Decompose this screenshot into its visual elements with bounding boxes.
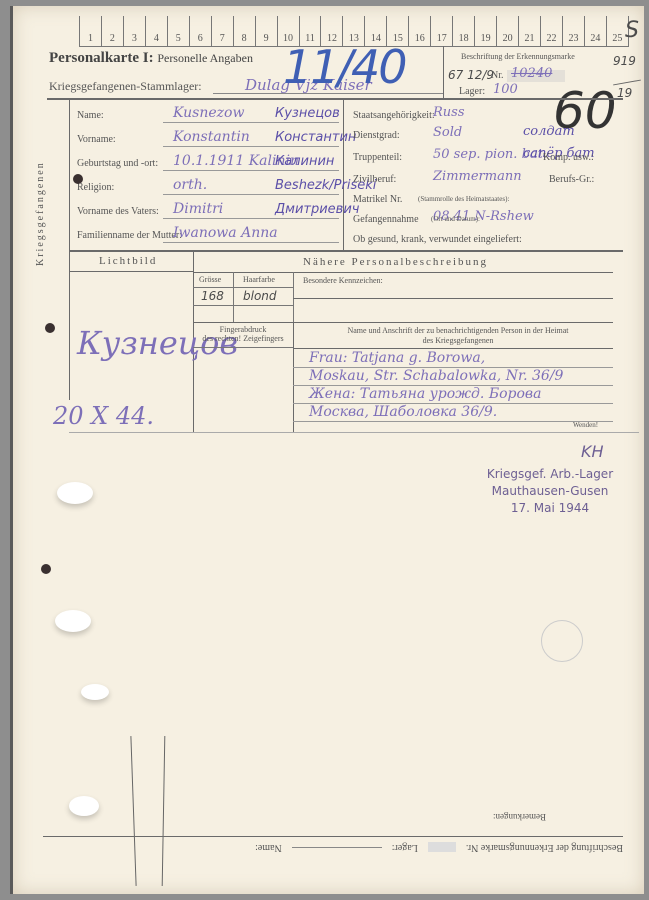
field-label: Geburtstag und -ort:	[77, 158, 158, 169]
field-label: Familienname der Mutter:	[77, 230, 182, 241]
wenden-note: Wenden!	[573, 421, 598, 429]
fingerprint-box: Fingerabdruck des rechten! Zeigefingers	[193, 322, 294, 348]
field-value-cyrillic: Калинин	[275, 154, 334, 169]
big-number: 11/40	[283, 40, 406, 94]
matrikel-sub: (Stammrolle des Heimatstaates):	[418, 195, 509, 203]
mid-divider	[343, 100, 344, 250]
field-value: orth.	[173, 177, 207, 193]
footer-row: Beschriftung der Erkennungsmarke Nr. Lag…	[153, 842, 623, 853]
nr-prefix: 67 12/9	[448, 68, 494, 82]
ruler-cell: 16	[409, 16, 431, 46]
field-value: Russ	[433, 105, 465, 120]
field-value: Kusnezow	[173, 105, 244, 121]
finger-label-2: des rechten! Zeigefingers	[193, 334, 293, 343]
field-value-cyrillic: Дмитриевич	[275, 202, 359, 217]
ruler-cell: 23	[563, 16, 585, 46]
camp-stamp: Kriegsgef. Arb.-Lager Mauthausen-Gusen 1…	[475, 466, 625, 517]
field-label: Gefangennahme	[353, 214, 419, 225]
photo-rule	[69, 271, 193, 272]
punch-hole	[73, 174, 83, 184]
description-header: Nähere Personalbeschreibung	[303, 256, 488, 268]
finger-label-1: Fingerabdruck	[193, 325, 293, 334]
ruler-cell: 18	[453, 16, 475, 46]
field-label: Dienstgrad:	[353, 130, 400, 141]
haarfarbe-label: Haarfarbe	[243, 275, 275, 284]
field-label: Name:	[77, 110, 104, 121]
kennzeichen-label: Besondere Kennzeichen:	[303, 276, 383, 285]
ruler-cell: 2	[102, 16, 124, 46]
stamp-line-3: 17. Mai 1944	[475, 500, 625, 517]
punch-hole	[41, 564, 51, 574]
ruler-cell: 20	[497, 16, 519, 46]
divider	[443, 46, 444, 98]
lager-value: 100	[493, 82, 518, 97]
stamp-line-2: Mauthausen-Gusen	[475, 483, 625, 500]
field-label: Matrikel Nr.	[353, 194, 402, 205]
personnel-card: 1234567891011121314151617181920212223242…	[10, 6, 644, 894]
date-note: 20 X 44.	[53, 402, 154, 430]
stamp-line-1: Kriegsgef. Arb.-Lager	[475, 466, 625, 483]
contact-line: Frau: Tatjana g. Borowa,	[309, 350, 485, 366]
field-value-cyrillic: Константин	[275, 130, 356, 145]
field-label: Staatsangehörigkeit:	[353, 110, 435, 121]
field-label: Truppenteil:	[353, 152, 402, 163]
title-sub: Personelle Angaben	[157, 51, 253, 65]
ruler-cell: 9	[256, 16, 278, 46]
fraction-bar	[613, 80, 641, 86]
field-label: Zivilberuf:	[353, 174, 396, 185]
ruler-cell: 6	[190, 16, 212, 46]
pencil-line	[162, 736, 166, 886]
ruler-cell: 17	[431, 16, 453, 46]
field-label: Vorname des Vaters:	[77, 206, 159, 217]
card-title: Personalkarte I: Personelle Angaben	[49, 50, 253, 67]
ruler-cell: 3	[124, 16, 146, 46]
field-label: Religion:	[77, 182, 114, 193]
komp-label: Komp. usw.:	[543, 152, 594, 163]
staple-tear	[57, 482, 93, 504]
haarfarbe-value: blond	[243, 289, 277, 303]
lager-label: Lager:	[459, 86, 485, 97]
contact-label: Name und Anschrift der zu benachrichtige…	[303, 326, 613, 346]
contact-line: Москва, Шаболовка 36/9.	[309, 404, 497, 420]
field-value: Dimitri	[173, 201, 223, 217]
size-hair-box: Grösse Haarfarbe 168 blond	[193, 272, 294, 322]
ruler-cell: 22	[541, 16, 563, 46]
stammlager-label: Kriegsgefangenen-Stammlager:	[49, 79, 202, 94]
ruler-cell: 5	[168, 16, 190, 46]
groesse-value: 168	[201, 289, 224, 303]
staple-tear	[55, 610, 91, 632]
ruler-cell: 19	[475, 16, 497, 46]
side-text: Kriegsgefangenen	[35, 161, 46, 266]
field-label: Vorname:	[77, 134, 116, 145]
ruler-cell: 21	[519, 16, 541, 46]
contact-line: Жена: Татьяна урожд. Борова	[309, 386, 541, 402]
berufsgr-label: Berufs-Gr.:	[549, 174, 594, 185]
groesse-label: Grösse	[199, 275, 221, 284]
ruler-cell: 8	[234, 16, 256, 46]
ruler-cell: 24	[585, 16, 607, 46]
staple-tear	[81, 684, 109, 700]
staple-tear	[69, 796, 99, 816]
field-value: Sold	[433, 125, 462, 140]
field-value-cyrillic: солдат	[523, 124, 575, 139]
main-rule	[47, 98, 623, 100]
erkennungsmarke-label: Beschriftung der Erkennungsmarke	[461, 52, 575, 61]
field-value: Zimmermann	[433, 169, 522, 184]
section-rule	[69, 250, 623, 252]
faint-stamp	[541, 620, 583, 662]
field-value-cyrillic: Кузнецов	[275, 106, 340, 121]
gefangennahme-sub: (Ort und Datum):	[431, 215, 480, 223]
nr-label: Nr.	[491, 70, 504, 81]
bemerkungen-label: Bemerkungen:	[493, 812, 546, 822]
contact-line: Moskau, Str. Schabalowka, Nr. 36/9	[309, 368, 563, 384]
ruler-cell: 7	[212, 16, 234, 46]
ruler-cell: 4	[146, 16, 168, 46]
stamp-initials: KH	[581, 442, 604, 461]
ruler-cell: 1	[80, 16, 102, 46]
punch-hole	[45, 323, 55, 333]
field-value: Iwanowa Anna	[173, 225, 278, 241]
ruler-mark: S	[625, 18, 639, 43]
field-label: Ob gesund, krank, verwundet eingeliefert…	[353, 234, 522, 245]
corner-note-top: 919	[613, 54, 636, 68]
title-bold: Personalkarte I:	[49, 50, 154, 66]
nr-value: 10240	[511, 66, 552, 81]
lichtbild-header: Lichtbild	[99, 255, 157, 267]
pencil-line	[130, 736, 136, 886]
field-value: Konstantin	[173, 129, 250, 145]
